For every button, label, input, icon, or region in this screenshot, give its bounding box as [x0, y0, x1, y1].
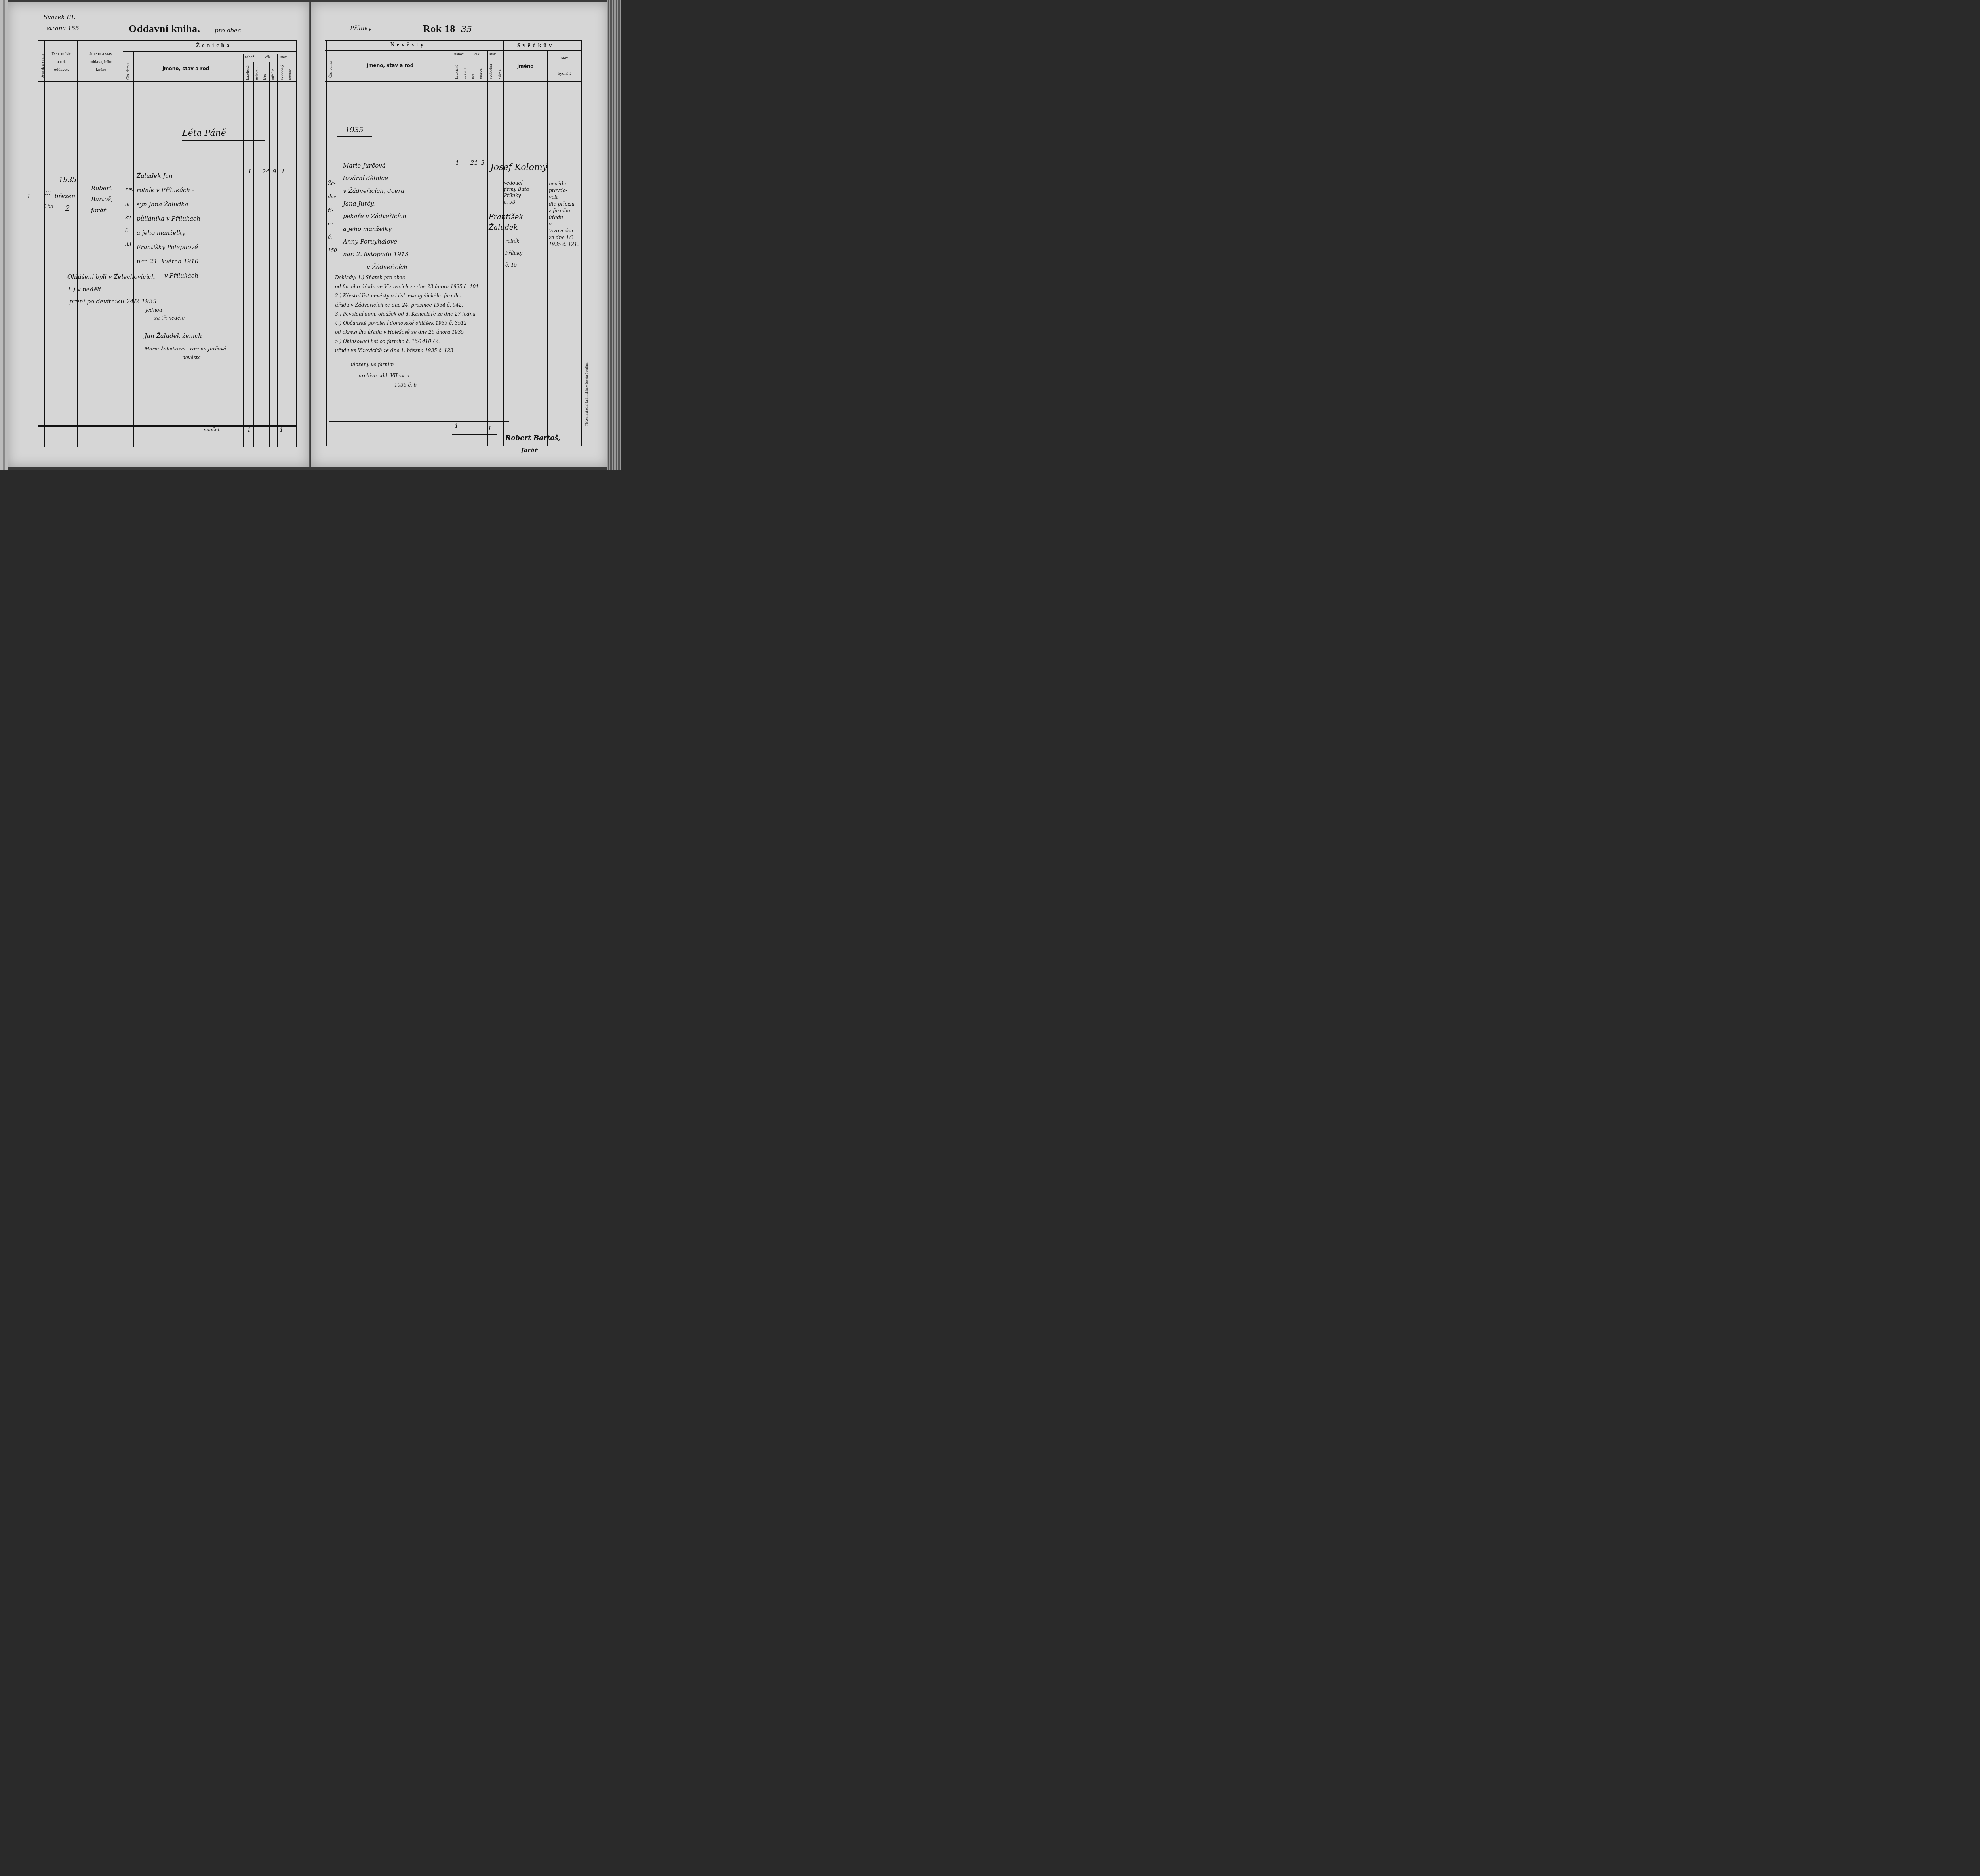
margin-note-volume: Svazek III. — [44, 13, 76, 21]
witness-status-note: nevěda pravdo- vola dle přípisu z farníh… — [549, 181, 579, 248]
col-divider — [44, 41, 45, 447]
col-divider — [124, 41, 124, 447]
col-priest-line: Jmeno a stav — [78, 50, 124, 58]
book-spread: Svazek III. strana 155 Oddavní kniha. pr… — [0, 0, 621, 470]
note-line: dle přípisu — [549, 201, 579, 208]
col-divider — [77, 41, 78, 447]
right-page: Příluky Rok 18 35 Nevěsty Svědkův Čís. d… — [311, 2, 607, 467]
document-note: 5.) Ohlašovací list od farního č. 16/141… — [335, 337, 480, 346]
totals-label: součet — [204, 427, 220, 432]
witness-1-detail: vedoucí — [504, 180, 529, 186]
col-divider — [581, 41, 582, 446]
col-status-single: svobodný — [280, 63, 284, 80]
document-note: 2.) Křestní list nevěsty od čsl. evangel… — [335, 291, 480, 301]
groom-signature: Jan Žaludek ženich — [145, 332, 202, 339]
row-number: 1 — [27, 192, 31, 200]
year-underline — [337, 136, 372, 137]
col-religion-catholic: katolické — [246, 63, 250, 80]
witnesses-group-header: Svědkův — [517, 43, 554, 49]
house-line: 33 — [125, 238, 134, 251]
priest-line: Robert — [91, 183, 113, 194]
witness-1-detail: firmy Baťa — [504, 186, 529, 192]
col-status: stav — [280, 55, 287, 59]
bride-age-months: 3 — [481, 159, 485, 166]
col-witness-status-line: stav — [548, 54, 581, 62]
house-line: 150 — [328, 244, 338, 257]
col-age: věk — [265, 55, 270, 59]
col-date-line: Den, měsíc — [46, 50, 77, 58]
note-line: ze dne 1/3 — [549, 234, 579, 241]
groom-details: Žaludek Jan rolník v Přílukách - syn Jan… — [137, 169, 200, 283]
col-date-line: oddavek — [46, 66, 77, 74]
col-witness-status: stav a bydliště — [548, 54, 581, 78]
col-status-widow: vdova — [497, 65, 502, 79]
groom-age-months: 9 — [272, 168, 276, 175]
col-name: jméno, stav a rod — [367, 63, 413, 68]
note-line: z farního — [549, 208, 579, 214]
groom-group-header: Ženicha — [196, 43, 232, 49]
groom-catholic: 1 — [248, 168, 252, 175]
col-religion-noncatholic: nekatol. — [255, 63, 259, 80]
col-age-years: léta — [471, 69, 476, 79]
col-divider — [286, 62, 286, 447]
document-note: od farního úřadu ve Vizovicích ze dne 23… — [335, 282, 480, 291]
note-line: úřadu — [549, 214, 579, 221]
col-status-single: svobodná — [489, 60, 493, 79]
col-priest-line: kněze — [78, 66, 124, 74]
groom-group-rule — [123, 51, 297, 52]
house-line: ky — [125, 211, 134, 224]
witness-1-details: vedoucí firmy Baťa Příluky č. 93 — [504, 180, 529, 205]
bride-signature-label: nevěsta — [182, 355, 201, 360]
entry-volume: III — [45, 190, 51, 196]
witness-2-details: rolník Příluky č. 15 — [505, 235, 522, 271]
groom-single: 1 — [281, 168, 285, 175]
col-status-widower: vdovec — [288, 65, 293, 80]
year-heading: 1935 — [345, 126, 364, 134]
note-line: 1935 č. 121. — [549, 241, 579, 248]
col-divider — [326, 41, 327, 446]
banns-note-5: za tři neděle — [154, 315, 185, 321]
document-note: od okresního úřadu v Holešově ze dne 25 … — [335, 328, 480, 337]
col-religion: nábož. — [245, 55, 255, 59]
groom-line: Františky Polepilové — [137, 240, 200, 254]
house-line: Žá- — [328, 177, 338, 190]
bride-details: Marie Jurčová tovární dělnice v Žádveřic… — [343, 159, 409, 273]
note-line: nevěda — [549, 181, 579, 187]
entry-priest: Robert Bartoš, farář — [91, 183, 113, 216]
col-divider — [296, 41, 297, 447]
col-divider — [503, 41, 504, 446]
col-divider — [487, 51, 488, 446]
entry-house: Při- lu- ky č. 33 — [125, 184, 134, 251]
witness-1-name: Josef Kolomý — [490, 162, 547, 172]
witness-2-detail: č. 15 — [505, 259, 522, 271]
bride-line: a jeho manželky — [343, 223, 409, 235]
col-religion: nábož. — [454, 52, 465, 57]
col-priest: Jmeno a stav oddavajícího kněze — [78, 50, 124, 74]
col-divider — [547, 51, 548, 446]
page-title: Oddavní kniha. — [129, 23, 200, 35]
groom-age-years: 24 — [262, 168, 270, 175]
bride-line: tovární dělnice — [343, 172, 409, 185]
document-note: archivu odd. VII sv. a. — [335, 371, 480, 381]
document-note: uloženy ve farním — [335, 360, 480, 369]
banns-note-1: Ohlášení byli v Želechovicích — [67, 273, 155, 280]
witness-2-detail: Příluky — [505, 247, 522, 259]
document-note: Doklady: 1.) Sňatek pro obec — [335, 273, 480, 282]
col-age-months: měsíce — [479, 64, 484, 79]
header-bottom-rule — [325, 81, 582, 82]
col-divider — [277, 54, 278, 447]
col-date-line: a rok — [46, 58, 77, 66]
col-age-years: léta — [263, 70, 267, 80]
bride-line: Anny Poruyhalové — [343, 235, 409, 248]
house-line: č. — [125, 224, 134, 238]
col-volume-page: Svazek a strana — [40, 47, 45, 78]
groom-line: Žaludek Jan — [137, 169, 200, 183]
totals-catholic: 1 — [247, 426, 251, 433]
col-priest-line: oddavajícího — [78, 58, 124, 66]
bride-line: v Žádveřicích, dcera — [343, 185, 409, 197]
witness-2-detail: rolník — [505, 235, 522, 247]
col-witness-status-line: bydliště — [548, 70, 581, 78]
note-line: v — [549, 221, 579, 228]
left-page: Svazek III. strana 155 Oddavní kniha. pr… — [8, 2, 310, 467]
bride-group-header: Nevěsty — [390, 42, 426, 48]
entry-day: 2 — [65, 204, 70, 213]
col-witness-status-line: a — [548, 62, 581, 70]
document-note: úřadu ve Vizovicích ze dne 1. března 193… — [335, 346, 480, 355]
document-note: úřadu v Žádveřicích ze dne 24. prosince … — [335, 301, 480, 310]
group-rule — [325, 50, 582, 51]
note-line: pravdo- — [549, 187, 579, 194]
bride-age-years: 21 — [470, 159, 478, 166]
house-line: ce — [328, 217, 338, 230]
totals-top-rule — [329, 421, 509, 422]
place-name: Příluky — [350, 25, 371, 32]
witness-2-name: František Žaludek — [489, 212, 532, 233]
entry-page: 155 — [44, 204, 53, 209]
entry-year: 1935 — [59, 176, 77, 184]
col-witness-name: jméno — [517, 63, 534, 69]
section-heading: Léta Páně — [182, 128, 226, 138]
note-line: vola — [549, 194, 579, 201]
document-note: 4.) Občanské povolení domovské ohlášek 1… — [335, 319, 480, 328]
groom-line: nar. 21. května 1910 — [137, 254, 200, 269]
left-page-edges — [0, 0, 8, 470]
priest-line: Bartoš, — [91, 194, 113, 205]
totals-single: 1 — [280, 426, 284, 433]
col-house-no: Čís. domu — [329, 54, 333, 78]
document-note: 1935 č. 6 — [335, 381, 480, 390]
bride-line: nar. 2. listopadu 1913 — [343, 248, 409, 261]
closing-signature: Robert Bartoš, — [505, 434, 561, 442]
title-suffix: pro obec — [215, 27, 241, 34]
year-value: 35 — [461, 25, 472, 34]
col-age-months: měsíce — [271, 66, 275, 80]
col-divider — [40, 41, 40, 447]
groom-line: syn Jana Žaludka — [137, 197, 200, 211]
section-underline — [182, 140, 265, 141]
bride-line: v Žádveřicích — [343, 261, 409, 273]
col-age: věk — [474, 52, 479, 57]
bride-line: Jana Jurčy, — [343, 197, 409, 210]
table-top-rule — [325, 40, 582, 41]
note-line: Vizovicích — [549, 228, 579, 234]
banns-note-4: jednou — [146, 307, 162, 313]
closing-signature-title: farář — [521, 447, 538, 454]
col-divider — [261, 54, 261, 447]
priest-line: farář — [91, 205, 113, 216]
banns-note-2: 1.) v neděli — [67, 286, 101, 293]
witness-1-detail: Příluky — [504, 192, 529, 199]
house-line: dve- — [328, 190, 338, 204]
groom-line: a jeho manželky — [137, 226, 200, 240]
margin-note-page: strana 155 — [47, 25, 79, 32]
entry-month: březen — [55, 192, 75, 200]
col-religion-catholic: katolické — [455, 60, 459, 79]
house-line: č. — [328, 230, 338, 244]
groom-line: půlláníka v Přílukách — [137, 211, 200, 226]
col-house-no: Čís. domu — [126, 58, 130, 80]
house-line: Při- — [125, 184, 134, 197]
right-page-edges — [607, 0, 621, 470]
col-name: jméno, stav a rod — [162, 66, 209, 71]
bride-house: Žá- dve- ří- ce č. 150 — [328, 177, 338, 257]
house-line: ří- — [328, 204, 338, 217]
documents-notes: Doklady: 1.) Sňatek pro obec od farního … — [335, 273, 480, 390]
col-divider — [269, 62, 270, 447]
bride-catholic: 1 — [455, 159, 459, 166]
groom-line: rolník v Přílukách - — [137, 183, 200, 197]
col-divider — [243, 54, 244, 447]
year-label: Rok 18 — [423, 23, 455, 35]
house-line: lu- — [125, 197, 134, 211]
totals-single: 1 — [488, 425, 492, 432]
bride-line: pekaře v Žádveřicích — [343, 210, 409, 223]
col-divider — [496, 62, 496, 446]
document-note: 3.) Povolení dom. ohlášek od d. Kancelář… — [335, 310, 480, 319]
totals-catholic: 1 — [455, 422, 459, 429]
col-status: stav — [489, 52, 496, 57]
printer-imprint: Tiskem národní knihtiskárny Josefa Šperl… — [584, 319, 588, 426]
col-divider — [253, 62, 254, 447]
banns-note-3: první po devítníku 24/2 1935 — [69, 298, 156, 305]
totals-bottom-rule — [452, 434, 497, 435]
col-religion-noncatholic: nekatol. — [463, 60, 468, 79]
bride-line: Marie Jurčová — [343, 159, 409, 172]
witness-1-detail: č. 93 — [504, 199, 529, 205]
bride-signature: Marie Žaludková - rozená Jurčová — [145, 346, 226, 352]
col-date: Den, měsíc a rok oddavek — [46, 50, 77, 74]
